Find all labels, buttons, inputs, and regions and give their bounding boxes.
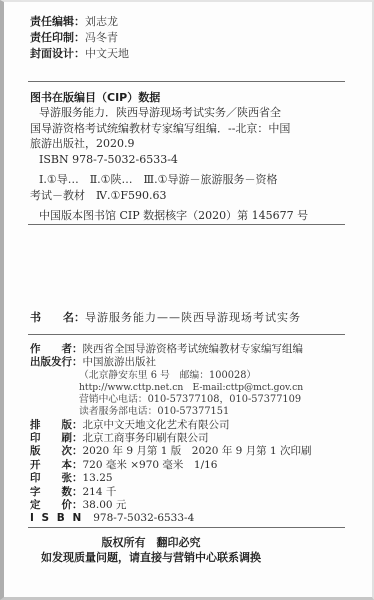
- cip-classification-line: Ⅰ.①导… Ⅱ.①陕… Ⅲ.①导游－旅游服务－资格: [30, 172, 350, 188]
- price-value: 38.00 元: [83, 499, 127, 511]
- author-row: 作 者：陕西省全国导游资格考试统编教材专家编写组编: [30, 343, 372, 356]
- cip-line: 国导游资格考试统编教材专家编写组编．--北京：中国: [30, 121, 350, 137]
- price-label: 定 价：: [30, 499, 83, 512]
- divider: [28, 334, 345, 335]
- divider: [28, 527, 345, 528]
- managing-editor-label: 责任编辑：: [30, 15, 85, 28]
- cip-line: 导游服务能力．陕西导游现场考试实务／陕西省全: [30, 105, 350, 121]
- managing-editor-row: 责任编辑：刘志龙: [30, 14, 372, 30]
- publisher-address: （北京静安东里 6 号 邮编：100028）: [79, 370, 372, 382]
- quality-exchange-notice: 如发现质量问题，请直接与营销中心联系调换: [30, 550, 272, 565]
- format-label: 开 本：: [30, 459, 83, 472]
- word-count-row: 字 数：214 千: [30, 486, 372, 499]
- cip-isbn-line: ISBN 978-7-5032-6533-4: [30, 152, 350, 168]
- cover-designer-label: 封面设计：: [30, 47, 85, 60]
- sheets-row: 印 张：13.25: [30, 472, 372, 485]
- print-supervisor-value: 冯冬青: [85, 31, 118, 44]
- publisher-value: 中国旅游出版社: [83, 356, 157, 368]
- cip-block: 图书在版编目（CIP）数据 导游服务能力．陕西导游现场考试实务／陕西省全 国导游…: [30, 90, 350, 223]
- printing-row: 印 刷：北京工商事务印刷有限公司: [30, 432, 372, 445]
- word-count-value: 214 千: [83, 486, 117, 498]
- publisher-row: 出版发行：中国旅游出版社: [30, 356, 372, 369]
- cip-title: 图书在版编目（CIP）数据: [30, 90, 350, 105]
- book-title-label: 书 名：: [30, 310, 85, 326]
- word-count-label: 字 数：: [30, 486, 83, 499]
- cover-designer-value: 中文天地: [85, 47, 129, 60]
- isbn-label: I S B N: [30, 512, 83, 525]
- price-row: 定 价：38.00 元: [30, 499, 372, 512]
- editor-credits-block: 责任编辑：刘志龙 责任印制：冯冬青 封面设计：中文天地: [30, 14, 372, 62]
- copyright-page: 责任编辑：刘志龙 责任印制：冯冬青 封面设计：中文天地 图书在版编目（CIP）数…: [0, 0, 374, 600]
- isbn-value: 978-7-5032-6533-4: [83, 512, 194, 524]
- typesetting-label: 排 版：: [30, 419, 83, 432]
- edition-value: 2020 年 9 月第 1 版 2020 年 9 月第 1 次印刷: [83, 445, 312, 457]
- format-row: 开 本：720 毫米 ×970 毫米 1/16: [30, 459, 372, 472]
- divider: [28, 81, 345, 82]
- format-value: 720 毫米 ×970 毫米 1/16: [83, 459, 218, 471]
- isbn-row: I S B N978-7-5032-6533-4: [30, 512, 372, 525]
- author-value: 陕西省全国导游资格考试统编教材专家编写组编: [83, 343, 304, 355]
- book-title-value: 导游服务能力——陕西导游现场考试实务: [85, 311, 301, 324]
- typesetting-value: 北京中文天地文化艺术有限公司: [83, 419, 230, 431]
- publisher-contact-block: （北京静安东里 6 号 邮编：100028） http://www.cttp.n…: [30, 370, 372, 419]
- publication-block: 作 者：陕西省全国导游资格考试统编教材专家编写组编 出版发行：中国旅游出版社 （…: [30, 343, 372, 526]
- cip-classification-line: 考试－教材 Ⅳ.①F590.63: [30, 188, 350, 204]
- sheets-value: 13.25: [83, 472, 113, 484]
- print-supervisor-label: 责任印制：: [30, 31, 85, 44]
- cip-classification: Ⅰ.①导… Ⅱ.①陕… Ⅲ.①导游－旅游服务－资格 考试－教材 Ⅳ.①F590.…: [30, 172, 350, 203]
- marketing-phone: 营销中心电话：010-57377108，010-57377109: [79, 394, 372, 406]
- reader-service-phone: 读者服务部电话：010-57377151: [79, 406, 372, 418]
- publisher-label: 出版发行：: [30, 356, 83, 369]
- footer-notices: 版权所有 翻印必究 如发现质量问题，请直接与营销中心联系调换: [30, 535, 272, 565]
- edition-label: 版 次：: [30, 445, 83, 458]
- author-label: 作 者：: [30, 343, 83, 356]
- sheets-label: 印 张：: [30, 472, 83, 485]
- publisher-website-email: http://www.cttp.net.cn E-mail:cttp@mct.g…: [79, 382, 372, 394]
- cip-record-number: 中国版本图书馆 CIP 数据核字（2020）第 145677 号: [30, 208, 350, 223]
- book-title-row: 书 名：导游服务能力——陕西导游现场考试实务: [30, 310, 372, 326]
- managing-editor-value: 刘志龙: [85, 15, 118, 28]
- printing-value: 北京工商事务印刷有限公司: [83, 432, 209, 444]
- cover-designer-row: 封面设计：中文天地: [30, 46, 372, 62]
- print-supervisor-row: 责任印制：冯冬青: [30, 30, 372, 46]
- copyright-notice: 版权所有 翻印必究: [30, 535, 272, 550]
- edition-row: 版 次：2020 年 9 月第 1 版 2020 年 9 月第 1 次印刷: [30, 445, 372, 458]
- divider: [28, 224, 345, 225]
- cip-line: 旅游出版社，2020.9: [30, 136, 350, 152]
- typesetting-row: 排 版：北京中文天地文化艺术有限公司: [30, 419, 372, 432]
- printing-label: 印 刷：: [30, 432, 83, 445]
